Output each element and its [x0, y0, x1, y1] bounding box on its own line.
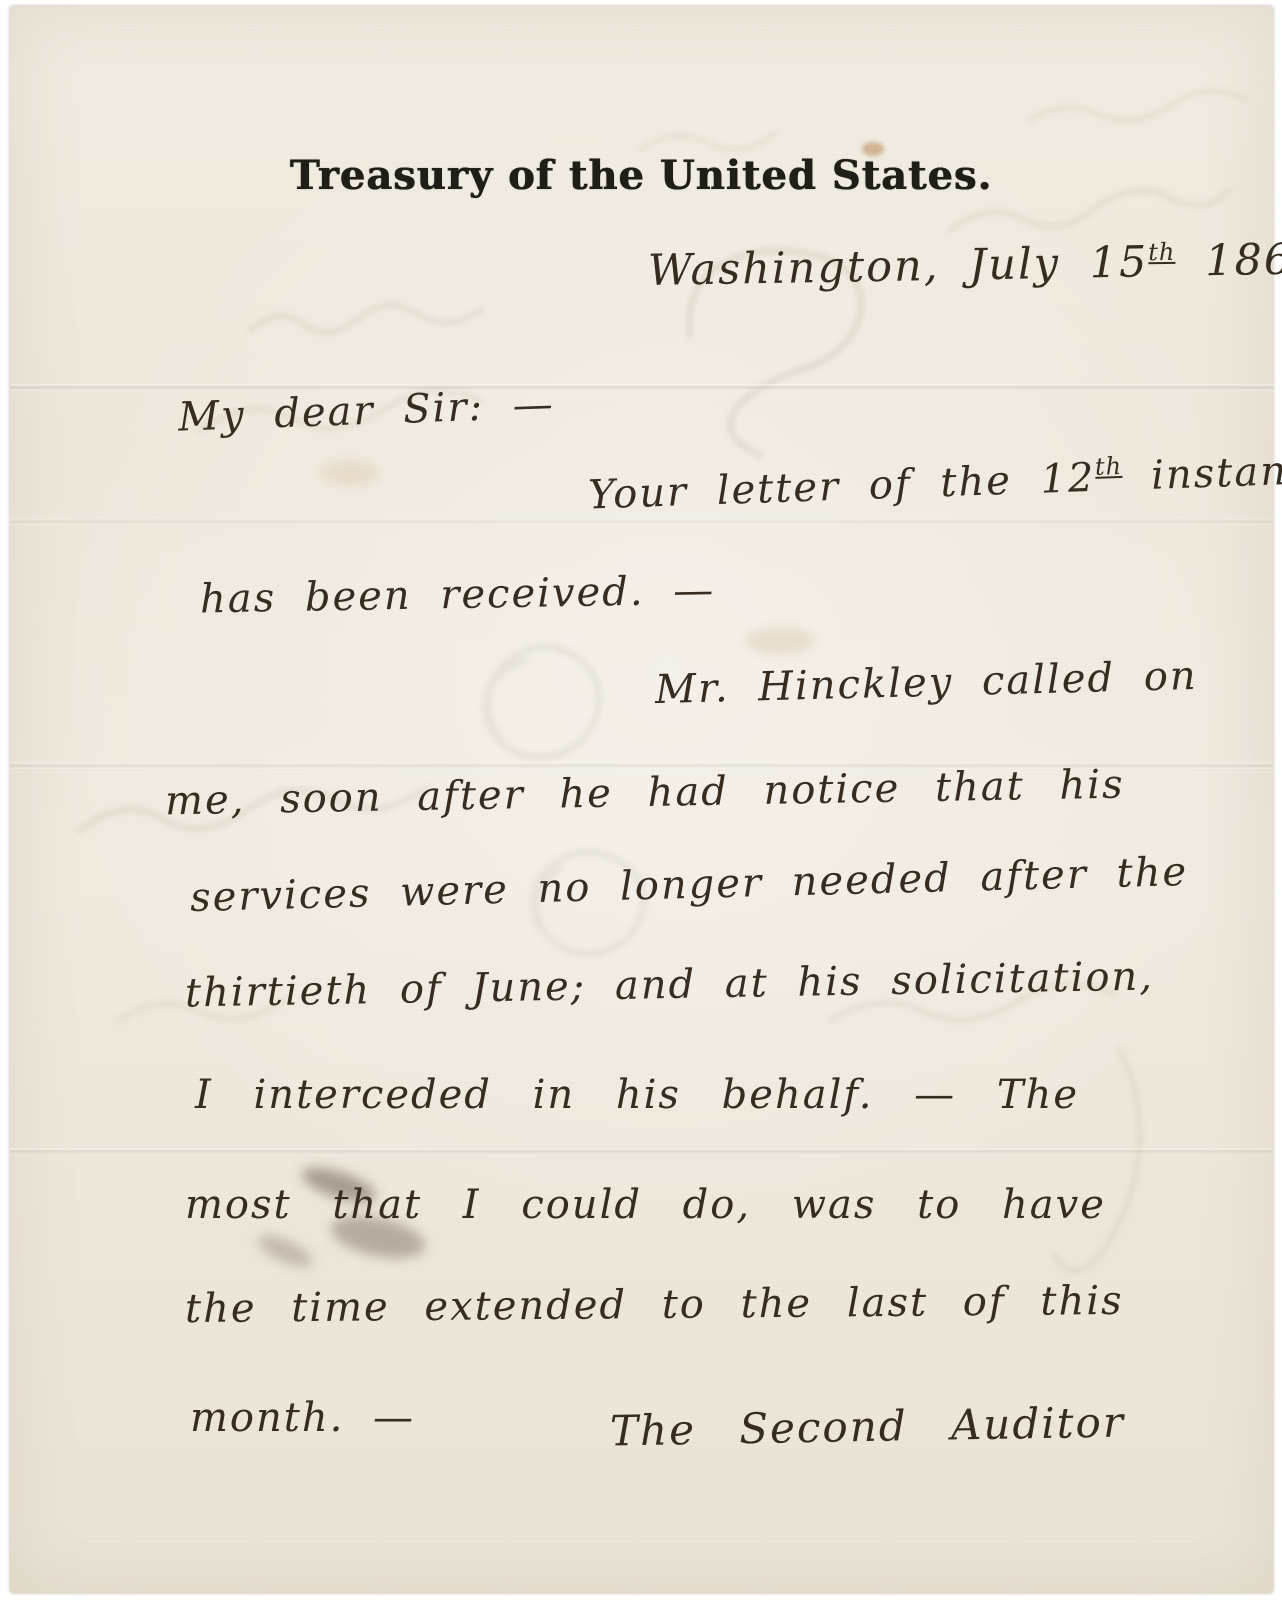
letterhead-text: Treasury of the United States. — [290, 152, 993, 199]
superscript-ordinal: th — [1095, 452, 1123, 481]
body-line-2: has been received. — — [200, 568, 716, 623]
text-fragment: 1866. — [1175, 234, 1282, 287]
superscript-ordinal: th — [1148, 238, 1176, 266]
body-line-10: month. — — [190, 1395, 415, 1441]
text-fragment: Washington, July 15 — [648, 237, 1149, 296]
body-line-8: most that I could do, was to have — [185, 1182, 1106, 1228]
body-line-9: the time extended to the last of this — [185, 1278, 1124, 1332]
body-line-11: The Second Auditor — [610, 1398, 1126, 1456]
body-line-7: I interceded in his behalf. — The — [195, 1072, 1079, 1118]
scanned-letter: Treasury of the United States. Washingto… — [0, 0, 1282, 1600]
text-fragment: instant — [1122, 447, 1282, 499]
